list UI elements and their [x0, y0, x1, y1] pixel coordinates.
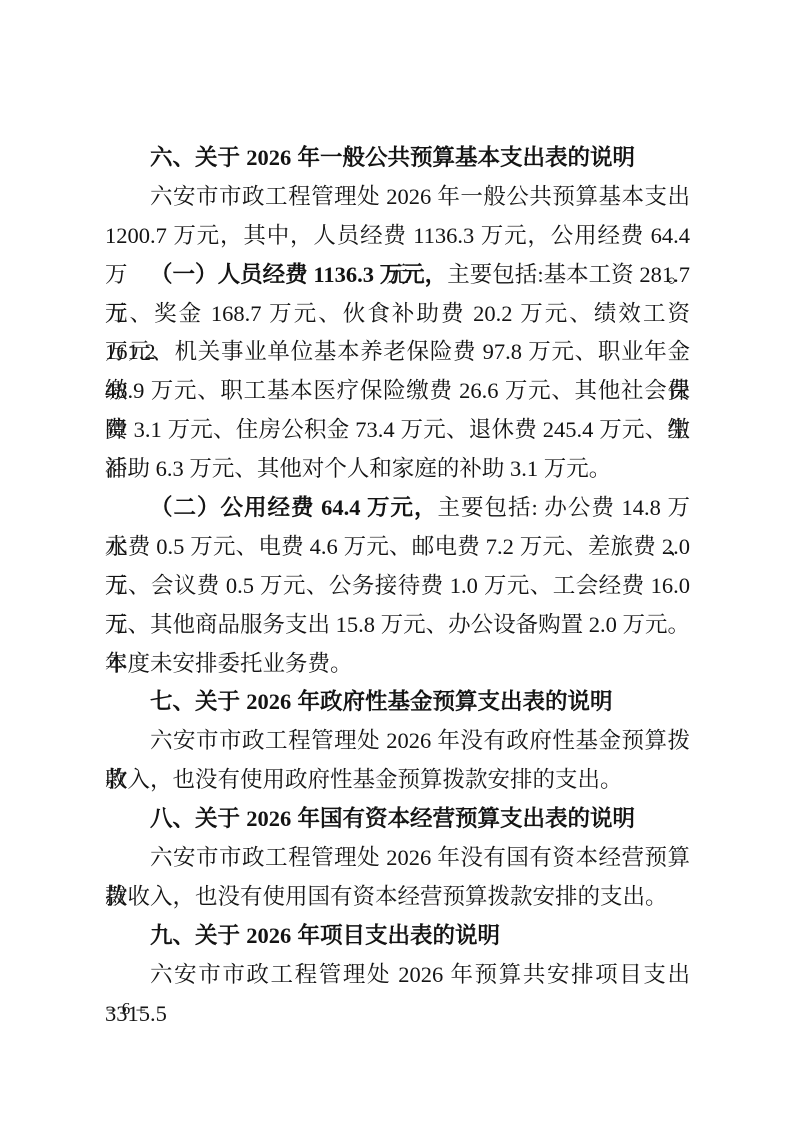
- text-segment: （一）人员经费 1136.3 万元，: [150, 262, 447, 287]
- text-segment: 年政府性基金预算支出表的说明: [291, 689, 612, 714]
- paragraph-line: 1200.7 万元，其中，人员经费 1136.3 万元，公用经费 64.4 万元…: [105, 217, 690, 256]
- paragraph-line: 六安市市政工程管理处 2026 年预算共安排项目支出 3315.5: [105, 956, 690, 995]
- paragraph-line: 六安市市政工程管理处 2026 年没有国有资本经营预算拨: [105, 839, 690, 878]
- text-segment: 年国有资本经营预算支出表的说明: [291, 806, 635, 831]
- text-segment: 2026: [246, 923, 291, 948]
- paragraph-line: 万元、机关事业单位基本养老保险费 97.8 万元、职业年金缴费: [105, 333, 690, 372]
- paragraph-line: 水费 0.5 万元、电费 4.6 万元、邮电费 7.2 万元、差旅费 2.0 万: [105, 528, 690, 567]
- paragraph-line: 六安市市政工程管理处 2026 年一般公共预算基本支出: [105, 178, 690, 217]
- document-body: 六、关于 2026 年一般公共预算基本支出表的说明六安市市政工程管理处 2026…: [105, 139, 690, 995]
- paragraph-line: 补助 6.3 万元、其他对个人和家庭的补助 3.1 万元。: [105, 450, 690, 489]
- text-segment: 收入，也没有使用政府性基金预算拨款安排的支出。: [105, 767, 623, 792]
- paragraph-line: 元、其他商品服务支出 15.8 万元、办公设备购置 2.0 万元。本: [105, 606, 690, 645]
- text-segment: 九、关于: [150, 923, 246, 948]
- text-segment: 七、关于: [150, 689, 246, 714]
- text-segment: （二）公用经费 64.4 万元，: [150, 495, 438, 520]
- document-page: 六、关于 2026 年一般公共预算基本支出表的说明六安市市政工程管理处 2026…: [0, 0, 793, 1122]
- paragraph-line: 收入，也没有使用政府性基金预算拨款安排的支出。: [105, 761, 690, 800]
- paragraph-line: 元、会议费 0.5 万元、公务接待费 1.0 万元、工会经费 16.0 万: [105, 567, 690, 606]
- paragraph-line: 六安市市政工程管理处 2026 年没有政府性基金预算拨款: [105, 722, 690, 761]
- paragraph-line: 费 3.1 万元、住房公积金 73.4 万元、退休费 245.4 万元、生活: [105, 411, 690, 450]
- text-segment: 2026: [246, 806, 291, 831]
- text-segment: 八、关于: [150, 806, 246, 831]
- paragraph-line: （一）人员经费 1136.3 万元，主要包括:基本工资 281.7 万: [105, 256, 690, 295]
- text-segment: 2026: [246, 689, 291, 714]
- page-number: – 6 –: [107, 998, 146, 1020]
- paragraph-line: 元、奖金 168.7 万元、伙食补助费 20.2 万元、绩效工资 161.2: [105, 295, 690, 334]
- paragraph-line: 48.9 万元、职工基本医疗保险缴费 26.6 万元、其他社会保障缴: [105, 372, 690, 411]
- text-segment: 年一般公共预算基本支出表的说明: [291, 145, 635, 170]
- text-segment: 款收入，也没有使用国有资本经营预算拨款安排的支出。: [105, 884, 668, 909]
- text-segment: 六安市市政工程管理处 2026 年预算共安排项目支出 3315.5: [105, 962, 690, 1026]
- text-segment: 六安市市政工程管理处 2026 年一般公共预算基本支出: [150, 184, 690, 209]
- paragraph-line: 年度未安排委托业务费。: [105, 645, 690, 684]
- paragraph-line: 款收入，也没有使用国有资本经营预算拨款安排的支出。: [105, 878, 690, 917]
- section-heading: 九、关于 2026 年项目支出表的说明: [105, 917, 690, 956]
- text-segment: 补助 6.3 万元、其他对个人和家庭的补助 3.1 万元。: [105, 456, 611, 481]
- text-segment: 年度未安排委托业务费。: [105, 651, 353, 676]
- text-segment: 2026: [246, 145, 291, 170]
- section-heading: 六、关于 2026 年一般公共预算基本支出表的说明: [105, 139, 690, 178]
- section-heading: 八、关于 2026 年国有资本经营预算支出表的说明: [105, 800, 690, 839]
- text-segment: 年项目支出表的说明: [291, 923, 500, 948]
- section-heading: 七、关于 2026 年政府性基金预算支出表的说明: [105, 683, 690, 722]
- paragraph-line: （二）公用经费 64.4 万元，主要包括: 办公费 14.8 万元、: [105, 489, 690, 528]
- text-segment: 六、关于: [150, 145, 246, 170]
